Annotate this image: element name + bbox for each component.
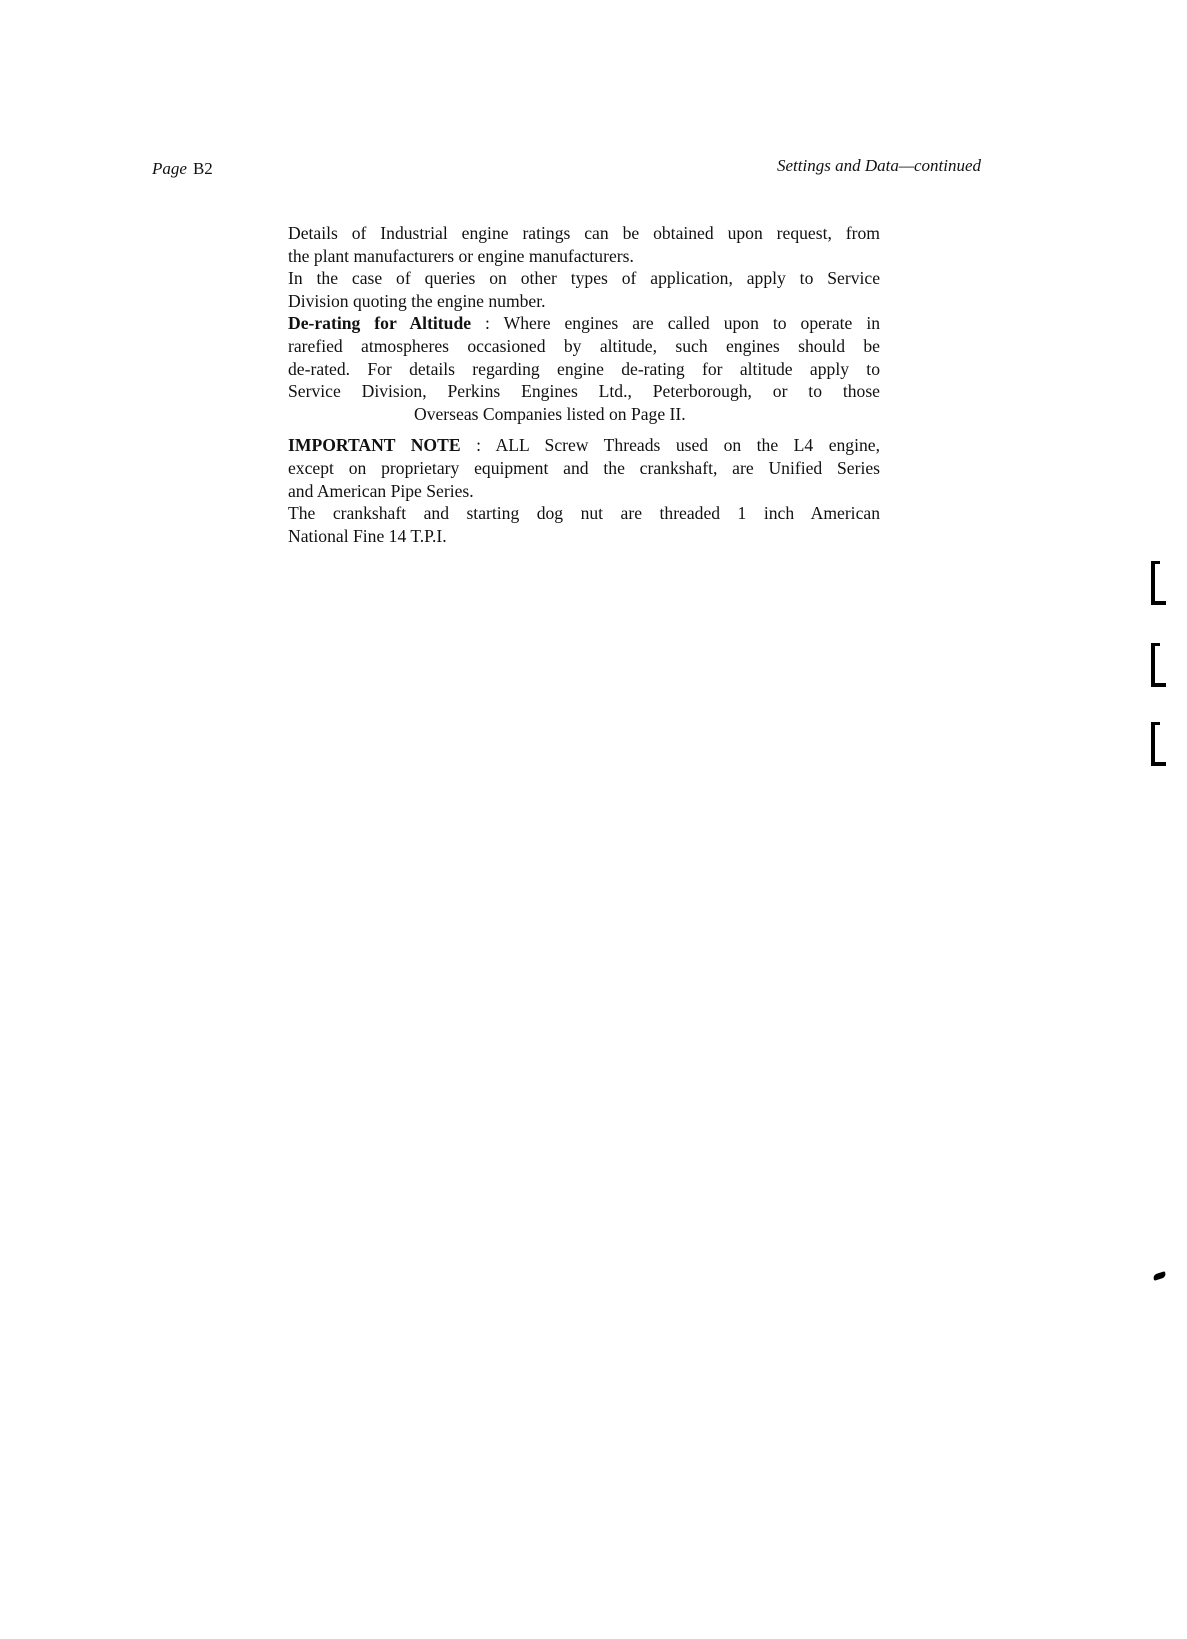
- page-number: B2: [193, 159, 213, 178]
- important-line-2: except on proprietary equipment and the …: [288, 457, 880, 480]
- thread-line-2: National Fine 14 T.P.I.: [288, 525, 880, 548]
- para1-line-1: Details of Industrial engine ratings can…: [288, 222, 880, 245]
- important-first-line-rest: ALL Screw Threads used on the L4 engine,: [496, 435, 881, 455]
- para1-line-2: the plant manufacturers or engine manufa…: [288, 245, 880, 268]
- page-number-header: PageB2: [152, 159, 213, 179]
- binder-mark-icon: [1151, 724, 1166, 766]
- derating-line-1: De-rating for Altitude : Where engines a…: [288, 312, 880, 335]
- derating-heading: De-rating for Altitude: [288, 313, 471, 333]
- section-title-header: Settings and Data—continued: [777, 156, 981, 176]
- thread-line-1: The crankshaft and starting dog nut are …: [288, 502, 880, 525]
- important-heading: IMPORTANT NOTE: [288, 435, 461, 455]
- ink-speck-icon: [1152, 1271, 1166, 1281]
- important-line-3: and American Pipe Series.: [288, 480, 880, 503]
- derating-line-2: rarefied atmospheres occasioned by altit…: [288, 335, 880, 358]
- derating-first-line-rest: Where engines are called upon to operate…: [504, 313, 880, 333]
- derating-centered-line: Overseas Companies listed on Page II.: [288, 403, 880, 426]
- derating-line-3: de-rated. For details regarding engine d…: [288, 358, 880, 381]
- derating-line-4: Service Division, Perkins Engines Ltd., …: [288, 380, 880, 403]
- body-text: Details of Industrial engine ratings can…: [288, 222, 880, 547]
- para2-line-1: In the case of queries on other types of…: [288, 267, 880, 290]
- binder-mark-icon: [1151, 645, 1166, 687]
- important-line-1: IMPORTANT NOTE : ALL Screw Threads used …: [288, 434, 880, 457]
- para2-line-2: Division quoting the engine number.: [288, 290, 880, 313]
- page-label: Page: [152, 159, 187, 178]
- binder-mark-icon: [1151, 563, 1166, 605]
